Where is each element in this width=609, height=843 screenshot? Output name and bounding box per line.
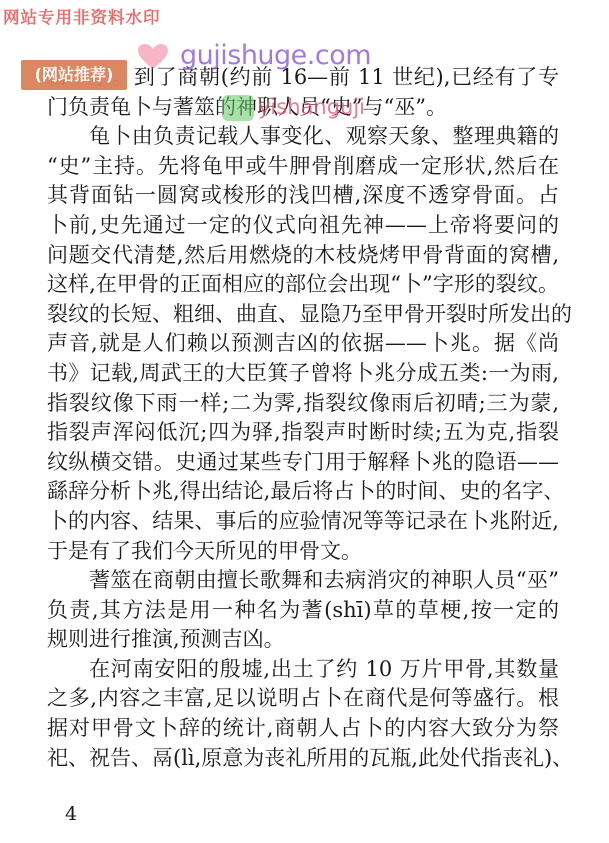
text-line: 指裂声浑闷低沉;四为驿,指裂声时断时续;五为克,指裂 bbox=[47, 418, 559, 448]
text-line: 声音,就是人们赖以预测吉凶的依据——卜兆。据《尚 bbox=[47, 329, 559, 359]
text-line: 卜前,史先通过一定的仪式向祖先神——上帝将要问的 bbox=[47, 211, 559, 241]
text-line: 据对甲骨文卜辞的统计,商朝人占卜的内容大致分为祭 bbox=[47, 714, 559, 744]
text-line: 纹纵横交错。史通过某些专门用于解释卜兆的隐语—— bbox=[47, 448, 559, 478]
text-line: 指裂纹像下雨一样;二为霁,指裂纹像雨后初晴;三为蒙, bbox=[47, 389, 559, 419]
top-watermark-banner: 网站专用非资料水印 bbox=[3, 4, 161, 28]
text-line: 这样,在甲骨的正面相应的部位会出现“卜”字形的裂纹。 bbox=[47, 270, 559, 300]
text-line: 祀、祝告、鬲(lì,原意为丧礼所用的瓦瓶,此处代指丧礼)、 bbox=[47, 744, 559, 774]
text-line: 负责,其方法是用一种名为蓍(shī)草的草梗,按一定的 bbox=[47, 596, 559, 626]
recommend-badge: (网站推荐) bbox=[21, 60, 127, 90]
text-line: 规则进行推演,预测吉凶。 bbox=[47, 625, 559, 655]
text-line: “史”主持。先将龟甲或牛胛骨削磨成一定形状,然后在 bbox=[47, 152, 559, 182]
chat-bubble-icon bbox=[222, 95, 254, 121]
text-line: 之多,内容之丰富,足以说明占卜在商代是何等盛行。根 bbox=[47, 684, 559, 714]
text-line: 在河南安阳的殷墟,出土了约 10 万片甲骨,其数量 bbox=[47, 655, 559, 685]
text-line: 繇辞分析卜兆,得出结论,最后将占卜的时间、史的名字、 bbox=[47, 477, 559, 507]
heart-icon bbox=[138, 44, 168, 70]
text-line: 龟卜由负责记载人事变化、观察天象、整理典籍的 bbox=[47, 122, 559, 152]
text-line: 蓍筮在商朝由擅长歌舞和去病消灾的神职人员“巫” bbox=[47, 566, 559, 596]
text-line: 于是有了我们今天所见的甲骨文。 bbox=[47, 537, 559, 567]
secondary-site-watermark: yishanguji bbox=[258, 95, 365, 119]
page-body: 占卜了。到了商朝(约前 16—前 11 世纪),已经有了专门负责龟卜与蓍筮的神职… bbox=[47, 63, 559, 773]
text-line: 书》记载,周武王的大臣箕子曾将卜兆分成五类:一为雨, bbox=[47, 359, 559, 389]
text-line: 裂纹的长短、粗细、曲直、显隐乃至甲骨开裂时所发出的 bbox=[47, 300, 559, 330]
page-number: 4 bbox=[65, 803, 77, 825]
site-url-watermark: gujishuge.com bbox=[180, 40, 371, 71]
text-line: 其背面钻一圆窝或梭形的浅凹槽,深度不透穿骨面。占 bbox=[47, 181, 559, 211]
text-line: 卜的内容、结果、事后的应验情况等等记录在卜兆附近, bbox=[47, 507, 559, 537]
text-line: 问题交代清楚,然后用燃烧的木枝烧烤甲骨背面的窝槽, bbox=[47, 241, 559, 271]
